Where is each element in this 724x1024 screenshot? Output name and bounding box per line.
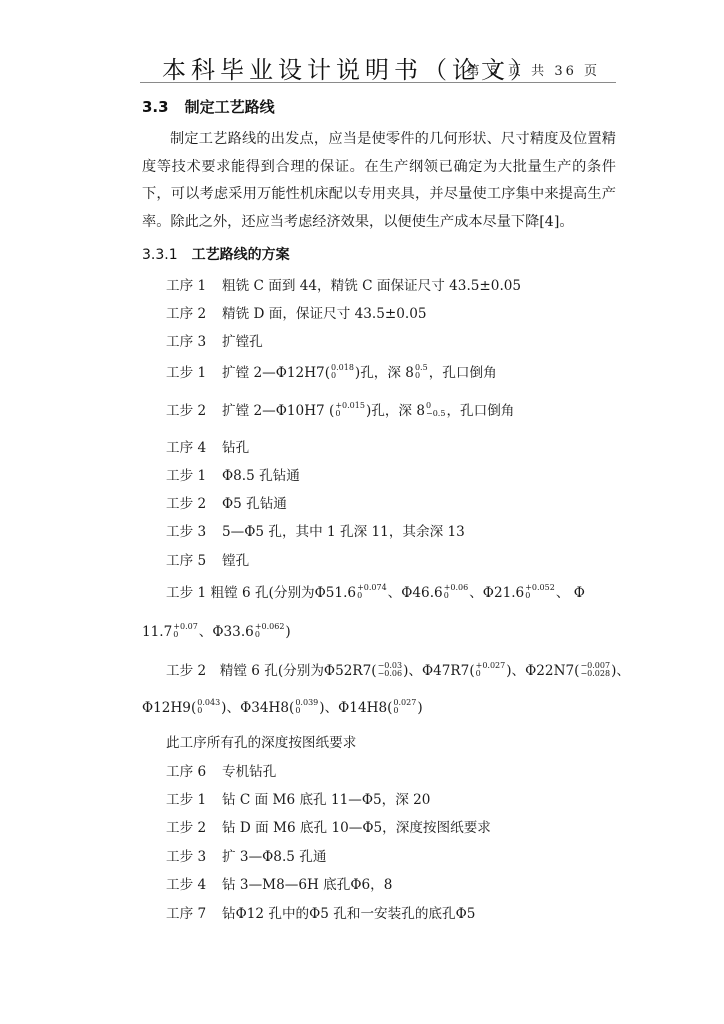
tolerance: 0.0390 — [295, 699, 318, 715]
process-line: 工序 6专机钻孔 — [166, 760, 276, 780]
line-text: 5—Φ5 孔，其中 1 孔深 11，其余深 13 — [222, 524, 465, 540]
rough-boring-line-1: 工步 1 粗镗 6 孔(分别为Φ51.6+0.0740、Φ46.6+0.060、… — [166, 581, 585, 602]
line-label: 工步 1 — [166, 361, 222, 381]
note-line: 此工序所有孔的深度按图纸要求 — [166, 731, 356, 751]
tolerance: 0.0180 — [331, 364, 354, 380]
page-number: 第 5 页 共 36 页 — [467, 60, 600, 79]
process-line: 工步 4钻 3—M8—6H 底孔Φ6，8 — [166, 873, 392, 893]
tolerance: +0.060 — [444, 584, 469, 600]
process-line: 工序 7钻Φ12 孔中的Φ5 孔和一安装孔的底孔Φ5 — [166, 902, 475, 922]
process-line: 工序 4钻孔 — [166, 436, 249, 456]
line-text: 扩镗 2—Φ10H7 ( — [222, 403, 334, 419]
tolerance: 0.0270 — [393, 699, 416, 715]
tolerance: −0.03−0.06 — [378, 662, 403, 678]
line-text: 扩 3—Φ8.5 孔通 — [222, 849, 326, 865]
line-text: 精铣 D 面，保证尺寸 43.5±0.05 — [222, 306, 427, 322]
line-text: 扩镗孔 — [222, 334, 263, 350]
process-line: 工步 35—Φ5 孔，其中 1 孔深 11，其余深 13 — [166, 520, 465, 540]
line-text: 钻Φ12 孔中的Φ5 孔和一安装孔的底孔Φ5 — [222, 906, 475, 922]
tolerance: +0.0150 — [335, 402, 365, 418]
line-label: 工步 2 — [166, 399, 222, 419]
line-label: 工步 3 — [166, 845, 222, 865]
line-text: 钻 D 面 M6 底孔 10—Φ5，深度按图纸要求 — [222, 820, 491, 836]
process-line: 工序 2精铣 D 面，保证尺寸 43.5±0.05 — [166, 302, 427, 322]
line-text: 工步 1 粗镗 6 孔(分别为 — [166, 585, 315, 601]
tolerance: +0.070 — [173, 623, 198, 639]
subsection-heading: 3.3.1工艺路线的方案 — [142, 244, 290, 264]
tolerance: +0.0740 — [357, 584, 387, 600]
process-line: 工步 3扩 3—Φ8.5 孔通 — [166, 845, 326, 865]
line-text: 镗孔 — [222, 553, 249, 569]
line-label: 工序 4 — [166, 436, 222, 456]
subsection-title: 工艺路线的方案 — [192, 247, 290, 263]
tolerance: +0.0270 — [476, 662, 506, 678]
process-line: 工步 1Φ8.5 孔钻通 — [166, 464, 300, 484]
line-label: 工步 2 — [166, 816, 222, 836]
line-text: 粗铣 C 面到 44，精铣 C 面保证尺寸 43.5±0.05 — [222, 278, 521, 294]
line-text: 钻 3—M8—6H 底孔Φ6，8 — [222, 877, 392, 893]
process-line: 工步 2扩镗 2—Φ10H7 (+0.0150)孔，深 80−0.5，孔口倒角 — [166, 399, 514, 420]
line-label: 工序 2 — [166, 302, 222, 322]
tolerance: −0.007−0.028 — [580, 662, 610, 678]
line-text: 钻 C 面 M6 底孔 11—Φ5，深 20 — [222, 792, 430, 808]
line-text: )孔，深 8 — [366, 403, 425, 419]
process-line: 工步 2钻 D 面 M6 底孔 10—Φ5，深度按图纸要求 — [166, 816, 491, 836]
section-heading: 3.3制定工艺路线 — [142, 96, 275, 117]
rough-boring-line-2: 11.7+0.070、Φ33.6+0.0620) — [142, 620, 291, 641]
line-text: 专机钻孔 — [222, 764, 276, 780]
line-label: 工步 1 — [166, 464, 222, 484]
line-label: 工步 4 — [166, 873, 222, 893]
line-text: ，孔口倒角 — [446, 403, 514, 419]
line-label: 工步 2 — [166, 492, 222, 512]
line-label: 工序 6 — [166, 760, 222, 780]
line-text: )孔，深 8 — [355, 365, 414, 381]
line-text: Φ5 孔钻通 — [222, 496, 287, 512]
line-text: 扩镗 2—Φ12H7( — [222, 365, 330, 381]
process-line: 工序 1粗铣 C 面到 44，精铣 C 面保证尺寸 43.5±0.05 — [166, 274, 521, 294]
page-header: 本科毕业设计说明书（论文） 第 5 页 共 36 页 — [140, 48, 616, 83]
section-number: 3.3 — [142, 98, 169, 116]
line-label: 工序 3 — [166, 330, 222, 350]
tolerance: 0.50 — [415, 364, 428, 380]
process-line: 工步 1扩镗 2—Φ12H7(0.0180)孔，深 80.50，孔口倒角 — [166, 361, 497, 382]
tolerance: +0.0520 — [525, 584, 555, 600]
process-line: 工序 3扩镗孔 — [166, 330, 263, 350]
process-line: 工步 2Φ5 孔钻通 — [166, 492, 287, 512]
tolerance: +0.0620 — [255, 623, 285, 639]
tolerance: 0−0.5 — [426, 402, 445, 418]
fine-boring-line-1: 工步 2 精镗 6 孔(分别为Φ52R7(−0.03−0.06)、Φ47R7(+… — [166, 659, 630, 680]
line-label: 工序 7 — [166, 902, 222, 922]
line-text: 钻孔 — [222, 440, 249, 456]
section-paragraph: 制定工艺路线的出发点，应当是使零件的几何形状、尺寸精度及位置精度等技术要求能得到… — [142, 126, 616, 236]
subsection-number: 3.3.1 — [142, 247, 178, 263]
line-label: 工序 5 — [166, 549, 222, 569]
line-text: 工步 2 精镗 6 孔(分别为 — [166, 663, 324, 679]
line-text: ，孔口倒角 — [429, 365, 497, 381]
line-label: 工步 3 — [166, 520, 222, 540]
process-line: 工步 1钻 C 面 M6 底孔 11—Φ5，深 20 — [166, 788, 430, 808]
process-line: 工序 5镗孔 — [166, 549, 249, 569]
section-title: 制定工艺路线 — [185, 98, 275, 116]
tolerance: 0.0430 — [197, 699, 220, 715]
line-label: 工序 1 — [166, 274, 222, 294]
line-label: 工步 1 — [166, 788, 222, 808]
fine-boring-line-2: Φ12H9(0.0430)、Φ34H8(0.0390)、Φ14H8(0.0270… — [142, 696, 423, 717]
line-text: Φ8.5 孔钻通 — [222, 468, 300, 484]
